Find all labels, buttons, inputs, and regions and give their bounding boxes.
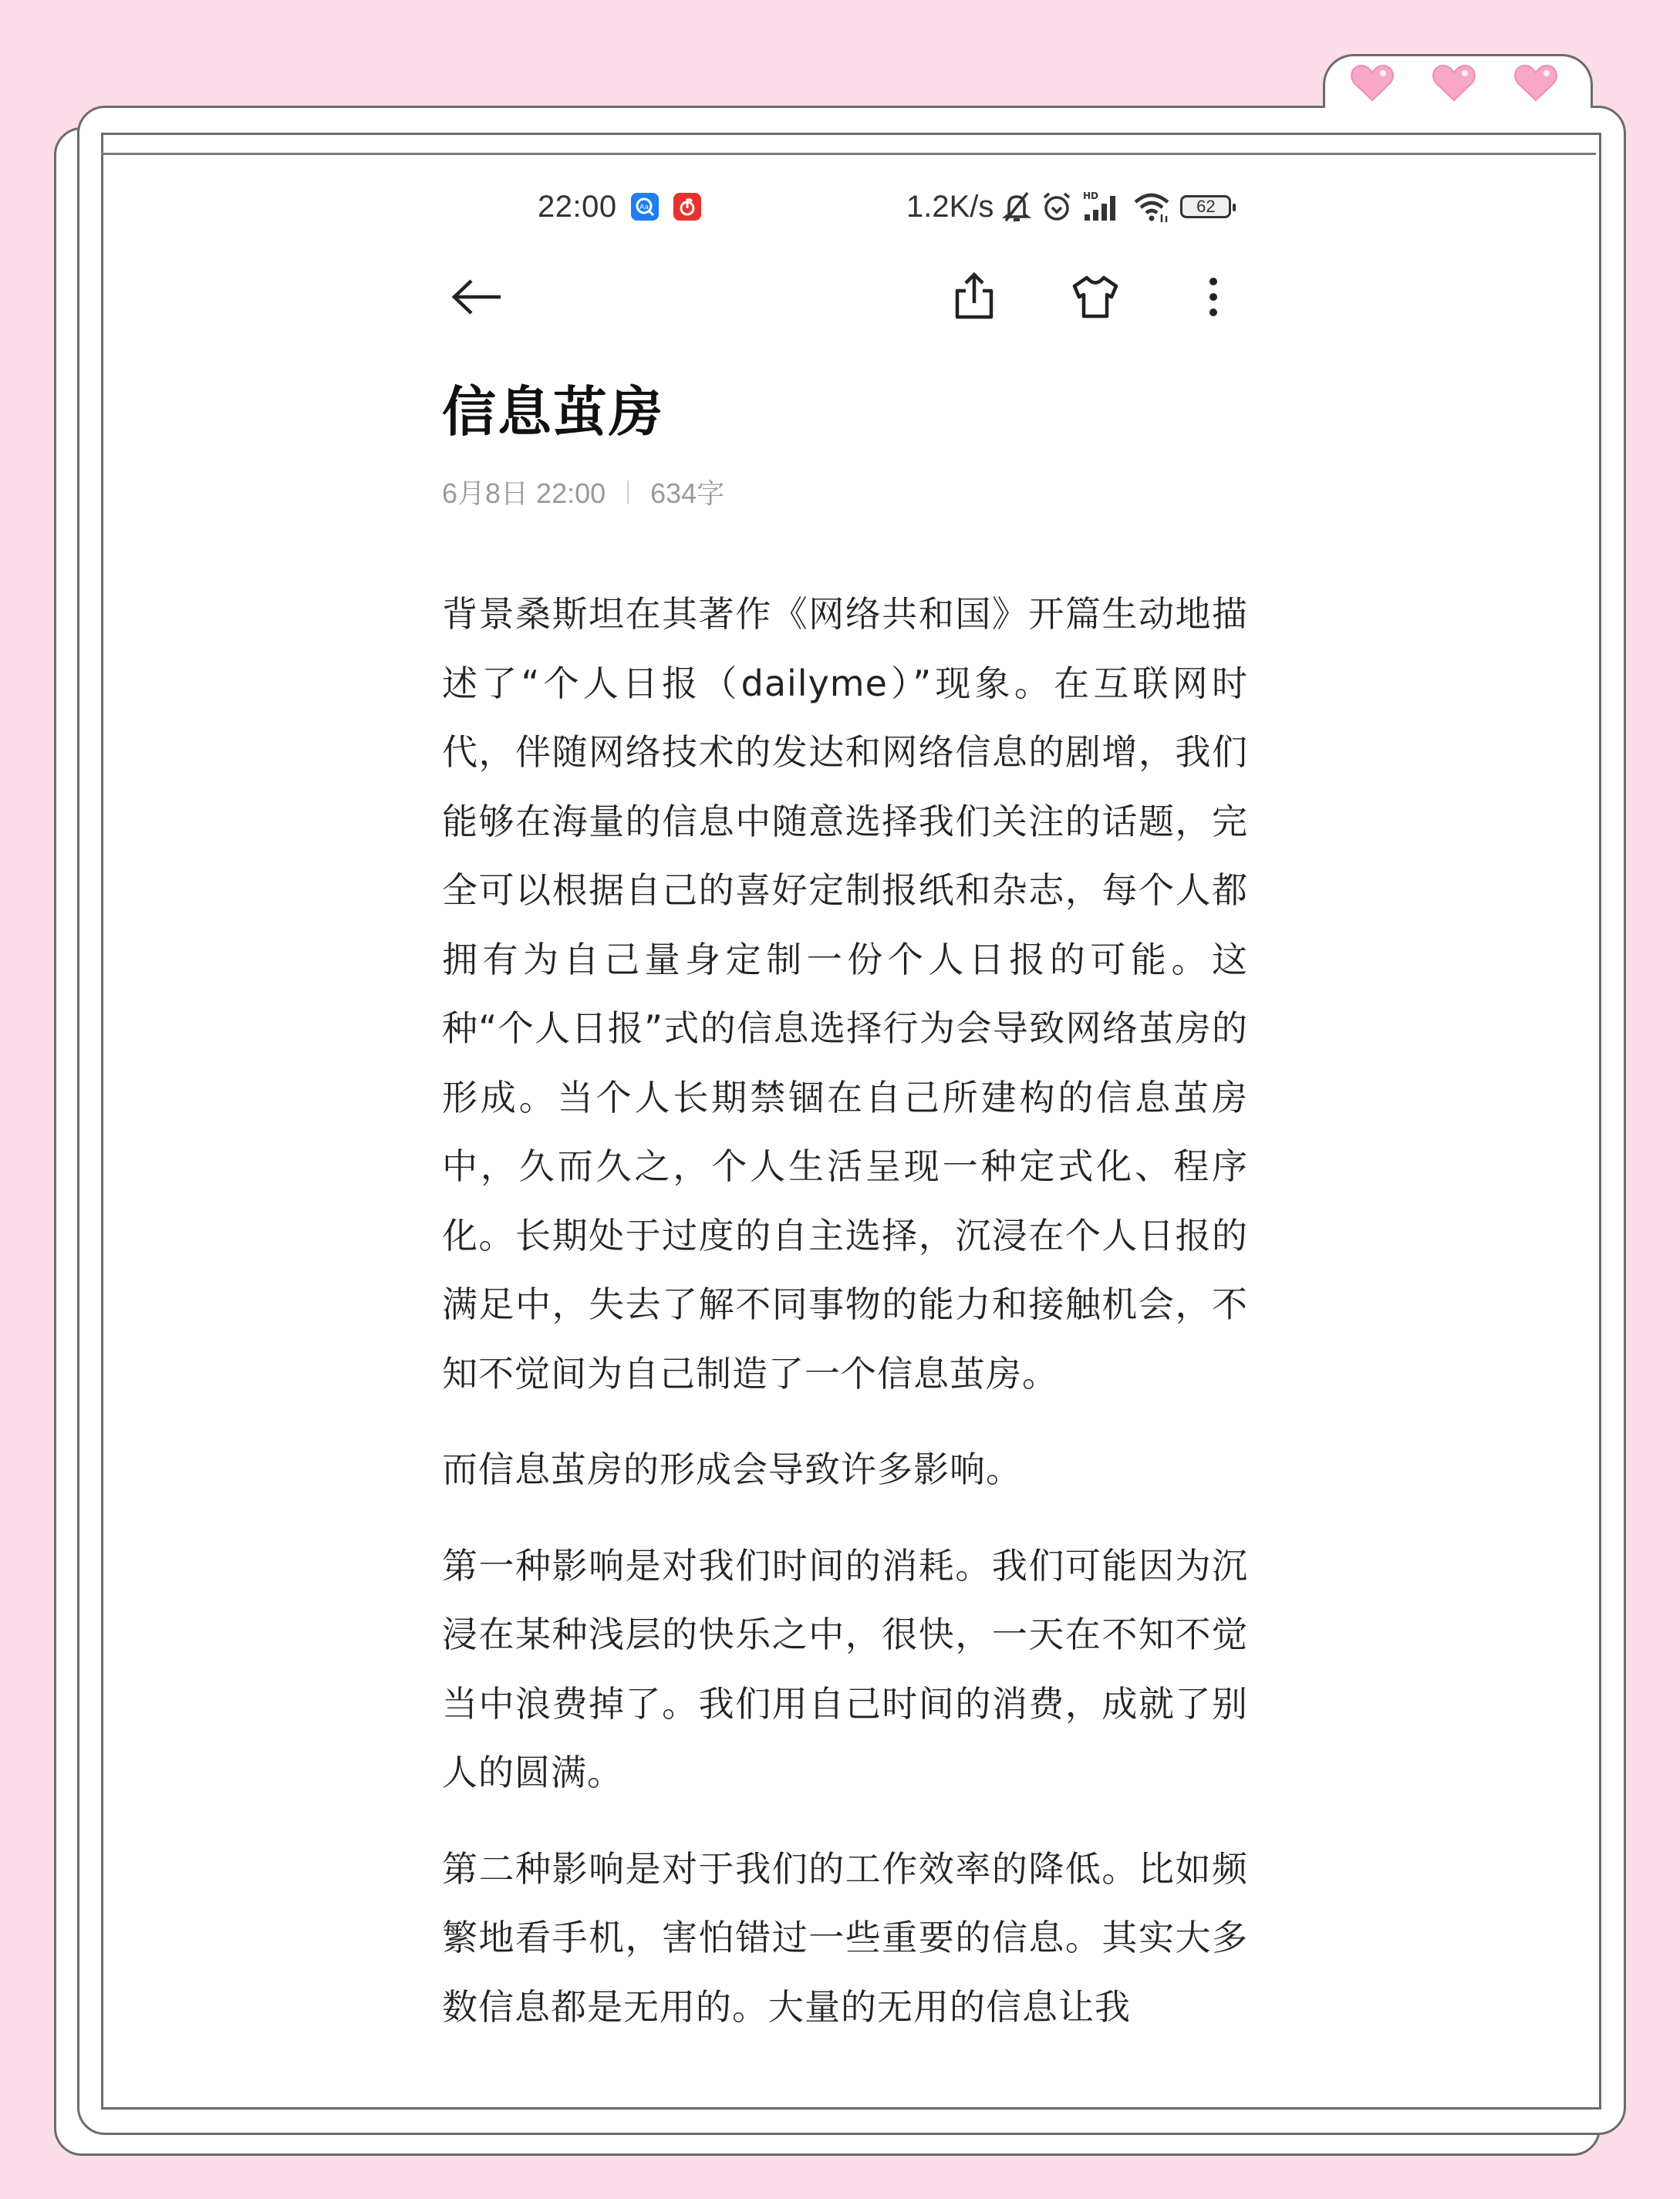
- share-icon: [953, 272, 996, 322]
- note-meta: 6月8日 22:00 634字: [442, 472, 724, 511]
- tshirt-icon: [1070, 274, 1121, 320]
- hearts-decoration: [1350, 63, 1558, 102]
- bell-muted-icon: [1001, 190, 1032, 224]
- hd-signal-icon: HD: [1081, 190, 1125, 224]
- note-date: 6月8日 22:00: [442, 472, 606, 511]
- network-speed: 1.2K/s: [906, 185, 993, 228]
- svg-text:HD: HD: [1083, 191, 1098, 201]
- svg-text:Aa: Aa: [639, 204, 649, 211]
- more-options-button[interactable]: [1182, 266, 1244, 328]
- panel-top-rule: [101, 153, 1596, 155]
- status-bar: 22:00 Aa 1.2K/s HD 62: [0, 185, 1680, 228]
- theme-button[interactable]: [1064, 266, 1126, 328]
- paragraph: 背景桑斯坦在其著作《网络共和国》开篇生动地描述了“个人日报（dailyme）”现…: [442, 580, 1248, 1408]
- arrow-left-icon: [450, 278, 504, 316]
- word-count: 634字: [650, 472, 724, 511]
- heart-icon: [1513, 63, 1558, 102]
- note-body[interactable]: 背景桑斯坦在其著作《网络共和国》开篇生动地描述了“个人日报（dailyme）”现…: [442, 580, 1248, 2069]
- wifi-icon: [1132, 190, 1172, 224]
- back-button[interactable]: [446, 266, 508, 328]
- paragraph: 而信息茧房的形成会导致许多影响。: [442, 1435, 1248, 1505]
- note-toolbar: [0, 266, 1680, 328]
- card-tab-joint: [1325, 105, 1591, 113]
- heart-icon: [1432, 63, 1476, 102]
- meta-divider: [627, 481, 629, 504]
- heart-icon: [1350, 63, 1395, 102]
- paragraph: 第一种影响是对我们时间的消耗。我们可能因为沉浸在某种浅层的快乐之中，很快，一天在…: [442, 1532, 1248, 1808]
- share-button[interactable]: [943, 266, 1005, 328]
- alarm-icon: [1040, 190, 1074, 224]
- paragraph: 第二种影响是对于我们的工作效率的降低。比如频繁地看手机，害怕错过一些重要的信息。…: [442, 1835, 1248, 2042]
- battery-indicator: 62: [1180, 195, 1231, 218]
- note-title[interactable]: 信息茧房: [442, 369, 664, 447]
- music-app-notification-icon: [673, 193, 701, 221]
- translate-app-notification-icon: Aa: [631, 193, 659, 221]
- status-time: 22:00: [538, 185, 617, 228]
- more-vertical-icon: [1206, 274, 1221, 320]
